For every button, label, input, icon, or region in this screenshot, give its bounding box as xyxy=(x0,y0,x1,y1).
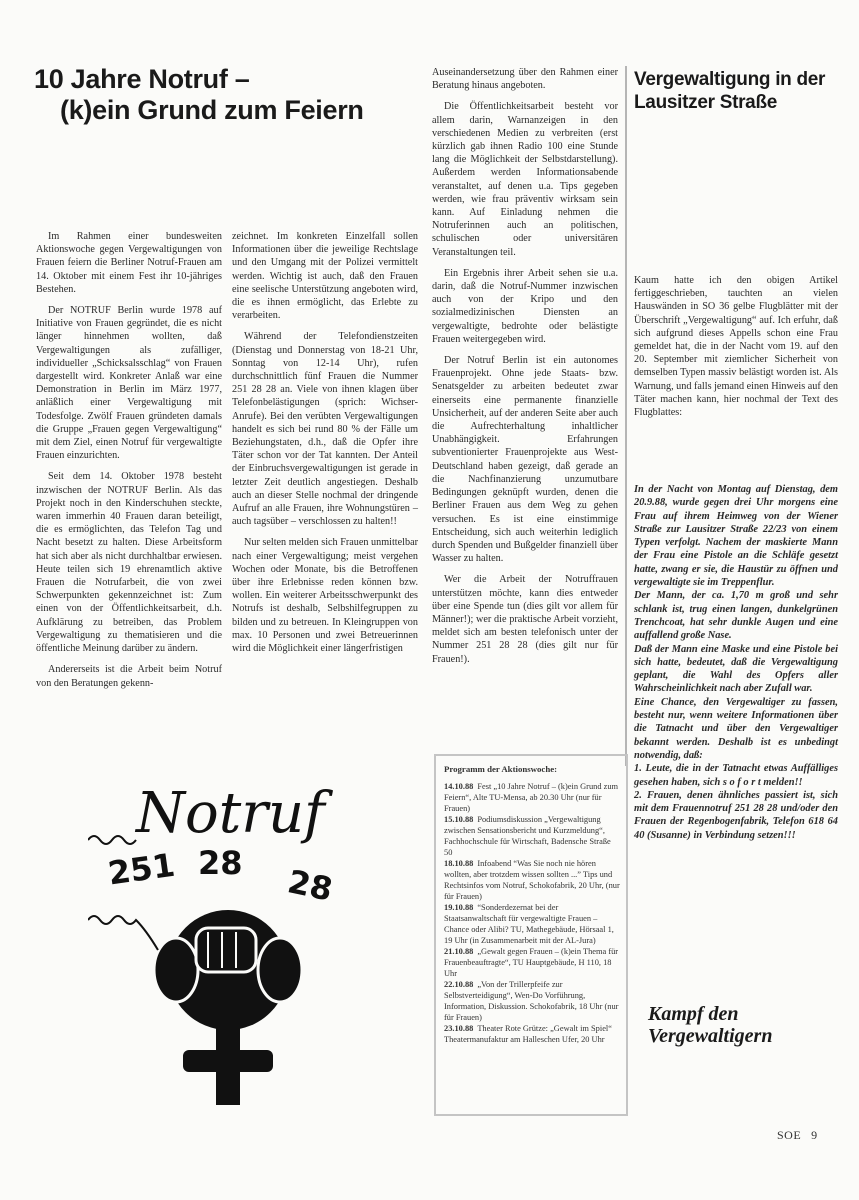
program-item: 19.10.88“Sonderdezernat bei der Staatsan… xyxy=(444,902,620,946)
program-date: 21.10.88 xyxy=(444,947,473,956)
flyer-paragraph: Der Mann, der ca. 1,70 m groß und sehr s… xyxy=(634,589,838,642)
side-intro-paragraph: Kaum hatte ich den obigen Artikel fertig… xyxy=(634,274,838,419)
article-paragraph: Der Notruf Berlin ist ein autonomes Frau… xyxy=(432,354,618,565)
program-item: 18.10.88Infoabend “Was Sie noch nie höre… xyxy=(444,858,620,902)
article-paragraph: Ein Ergebnis ihrer Arbeit sehen sie u.a.… xyxy=(432,267,618,346)
slogan-line2: Vergewaltigern xyxy=(648,1025,848,1047)
program-date: 23.10.88 xyxy=(444,1024,473,1033)
flyer-paragraph: Eine Chance, den Vergewaltiger zu fassen… xyxy=(634,696,838,762)
publication-name: SOE xyxy=(777,1128,801,1142)
article-paragraph: Andererseits ist die Arbeit beim Notruf … xyxy=(36,663,222,689)
article-paragraph-continued: Auseinandersetzung über den Rahmen einer… xyxy=(432,66,618,92)
article-paragraph: Wer die Arbeit der Notruffrauen unterstü… xyxy=(432,573,618,665)
article-column-3: Auseinandersetzung über den Rahmen einer… xyxy=(432,66,618,674)
article-paragraph: Seit dem 14. Oktober 1978 besteht inzwis… xyxy=(36,470,222,655)
program-date: 18.10.88 xyxy=(444,859,473,868)
article-column-2: zeichnet. Im konkreten Einzelfall sollen… xyxy=(232,230,418,655)
paragraph-start: Andererseits ist die Arbeit beim Notruf … xyxy=(36,664,222,688)
main-article-title: 10 Jahre Notruf – (k)ein Grund zum Feier… xyxy=(34,64,424,126)
slogan: Kampf den Vergewaltigern xyxy=(648,1003,848,1047)
logo-number-1: 251 xyxy=(106,846,177,893)
notruf-logo: Notruf 251 28 28 xyxy=(88,770,378,1110)
program-date: 19.10.88 xyxy=(444,903,473,912)
column-divider xyxy=(625,66,627,766)
article-paragraph-continued: zeichnet. Im konkreten Einzelfall sollen… xyxy=(232,230,418,322)
program-item: 23.10.88Theater Rote Grütze: „Gewalt im … xyxy=(444,1023,620,1045)
venus-fist-phone-icon: Notruf 251 28 28 xyxy=(88,770,378,1110)
program-box: Programm der Aktionswoche: 14.10.88Fest … xyxy=(434,754,628,1116)
program-date: 22.10.88 xyxy=(444,980,473,989)
article-column-1: Im Rahmen einer bundesweiten Aktionswoch… xyxy=(36,230,222,690)
side-article-intro: Kaum hatte ich den obigen Artikel fertig… xyxy=(634,274,838,427)
page-number: 9 xyxy=(811,1128,818,1142)
program-item: 21.10.88„Gewalt gegen Frauen – (k)ein Th… xyxy=(444,946,620,979)
main-title-line2: (k)ein Grund zum Feiern xyxy=(34,95,424,126)
program-item: 22.10.88„Von der Trillerpfeife zur Selbs… xyxy=(444,979,620,1023)
article-paragraph: Die Öffentlichkeitsarbeit besteht vor al… xyxy=(432,100,618,258)
article-paragraph: Im Rahmen einer bundesweiten Aktionswoch… xyxy=(36,230,222,296)
logo-number-3: 28 xyxy=(284,862,335,908)
program-item: 15.10.88Podiumsdiskussion „Vergewaltigun… xyxy=(444,814,620,858)
program-date: 15.10.88 xyxy=(444,815,473,824)
article-paragraph: Der NOTRUF Berlin wurde 1978 auf Initiat… xyxy=(36,304,222,462)
program-date: 14.10.88 xyxy=(444,782,473,791)
article-paragraph: Nur selten melden sich Frauen unmittelba… xyxy=(232,536,418,655)
flyer-paragraph: 2. Frauen, denen ähnliches passiert ist,… xyxy=(634,789,838,842)
page-footer: SOE9 xyxy=(777,1128,818,1143)
flyer-paragraph: 1. Leute, die in der Tatnacht etwas Auff… xyxy=(634,762,838,789)
logo-number-2: 28 xyxy=(198,844,243,882)
flyer-paragraph: Daß der Mann eine Maske und eine Pistole… xyxy=(634,643,838,696)
flyer-text: In der Nacht von Montag auf Dienstag, de… xyxy=(634,483,838,842)
slogan-line1: Kampf den xyxy=(648,1003,848,1025)
program-title: Programm der Aktionswoche: xyxy=(444,764,620,775)
flyer-paragraph: In der Nacht von Montag auf Dienstag, de… xyxy=(634,483,838,589)
program-item: 14.10.88Fest „10 Jahre Notruf – (k)ein G… xyxy=(444,781,620,814)
side-article-title: Vergewaltigung in der Lausitzer Straße xyxy=(634,68,844,114)
logo-script-text: Notruf xyxy=(134,781,334,846)
main-title-line1: 10 Jahre Notruf – xyxy=(34,64,249,94)
article-paragraph: Während der Telefondienstzeiten (Diensta… xyxy=(232,330,418,528)
